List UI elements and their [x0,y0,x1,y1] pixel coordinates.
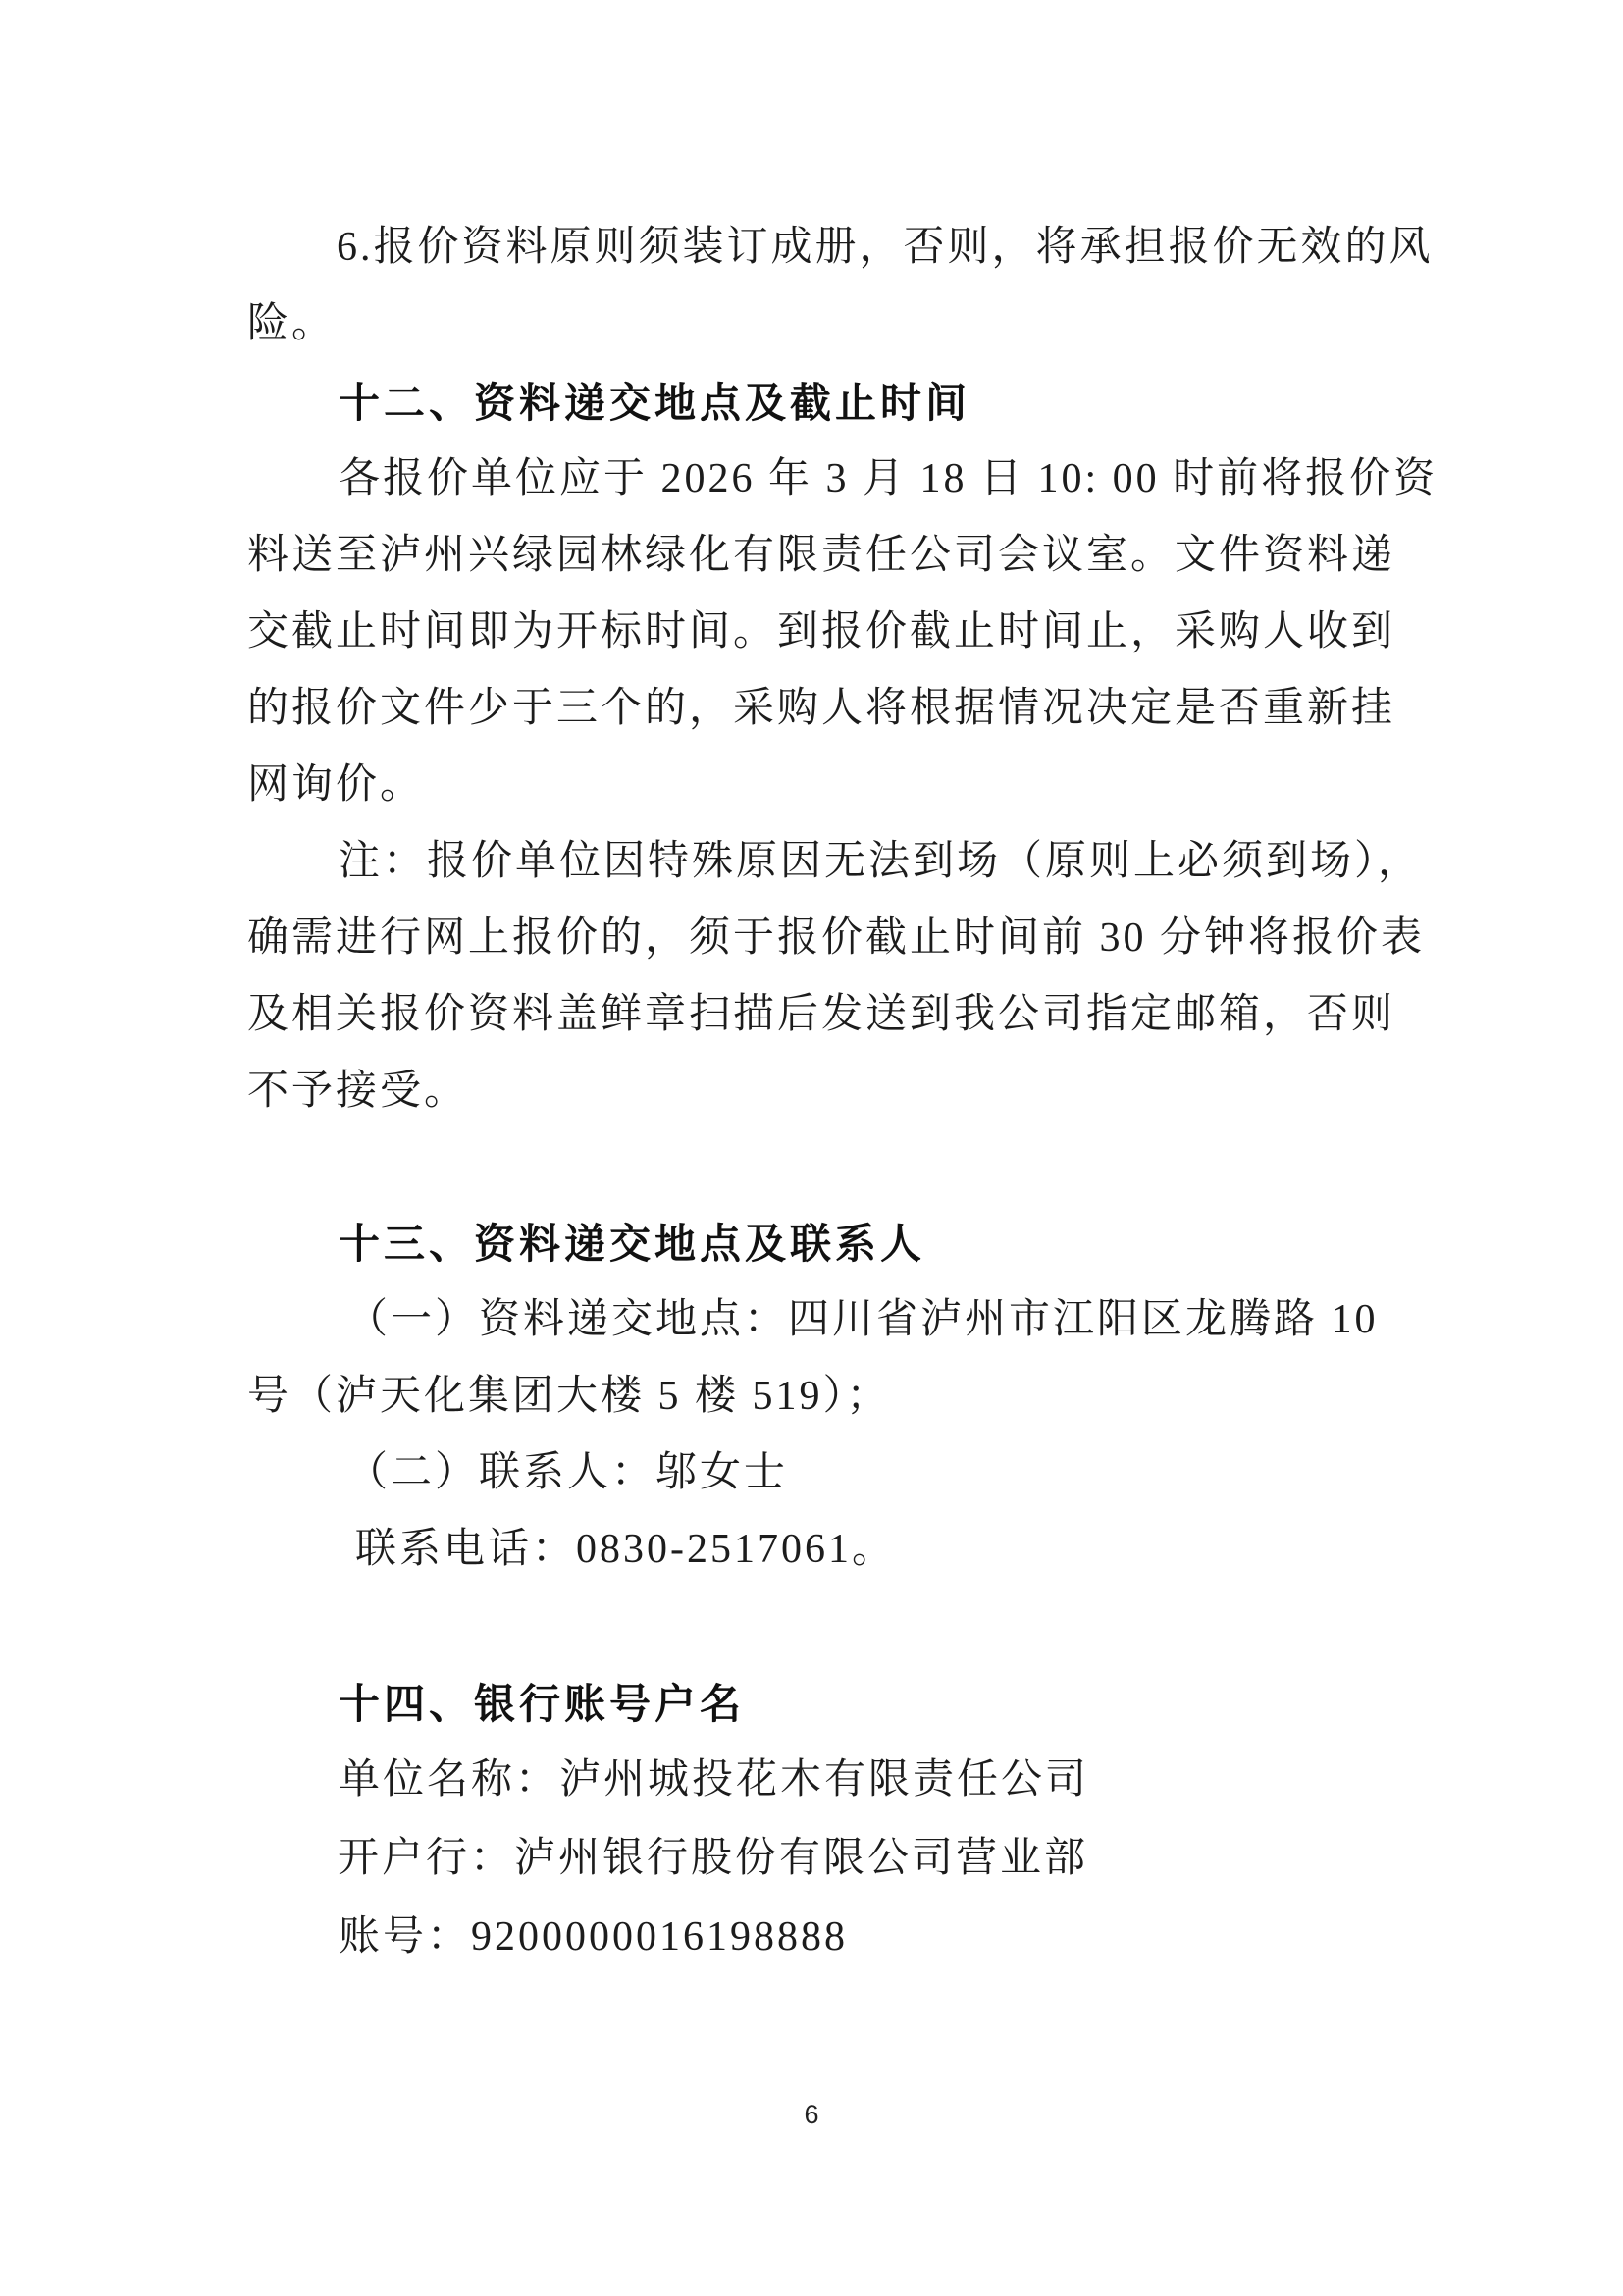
page-number: 6 [0,2100,1623,2130]
text-line: 注：报价单位因特殊原因无法到场（原则上必须到场）， [339,838,1422,887]
text-line: 号（泸天化集团大楼 5 楼 519）； [247,1373,891,1422]
section-heading: 十四、银行账号户名 [339,1680,745,1729]
text-line: 不予接受。 [247,1068,468,1117]
text-line: （一）资料递交地点：四川省泸州市江阳区龙腾路 10 [346,1296,1379,1345]
section-heading: 十二、资料递交地点及截止时间 [339,379,970,428]
text-line: 网询价。 [247,761,424,810]
text-line: 单位名称：泸州城投花木有限责任公司 [339,1756,1089,1805]
text-line: 账号：9200000016198888 [339,1913,848,1962]
document-page: 6.报价资料原则须装订成册，否则，将承担报价无效的风险。十二、资料递交地点及截止… [0,0,1623,2296]
section-heading: 十三、资料递交地点及联系人 [339,1220,925,1269]
text-line: （二）联系人：邬女士 [346,1449,788,1498]
text-line: 联系电话：0830-2517061。 [355,1526,896,1575]
text-line: 6.报价资料原则须装订成册，否则，将承担报价无效的风 [337,224,1434,273]
text-line: 确需进行网上报价的，须于报价截止时间前 30 分钟将报价表 [247,914,1425,964]
text-line: 及相关报价资料盖鲜章扫描后发送到我公司指定邮箱，否则 [247,991,1395,1040]
text-line: 料送至泸州兴绿园林绿化有限责任公司会议室。文件资料递 [247,532,1395,581]
text-line: 开户行：泸州银行股份有限公司营业部 [338,1835,1088,1884]
text-line: 的报价文件少于三个的，采购人将根据情况决定是否重新挂 [247,685,1395,734]
text-line: 交截止时间即为开标时间。到报价截止时间止，采购人收到 [247,608,1395,657]
text-line: 各报价单位应于 2026 年 3 月 18 日 10: 00 时前将报价资 [339,455,1438,504]
text-line: 险。 [247,300,336,349]
